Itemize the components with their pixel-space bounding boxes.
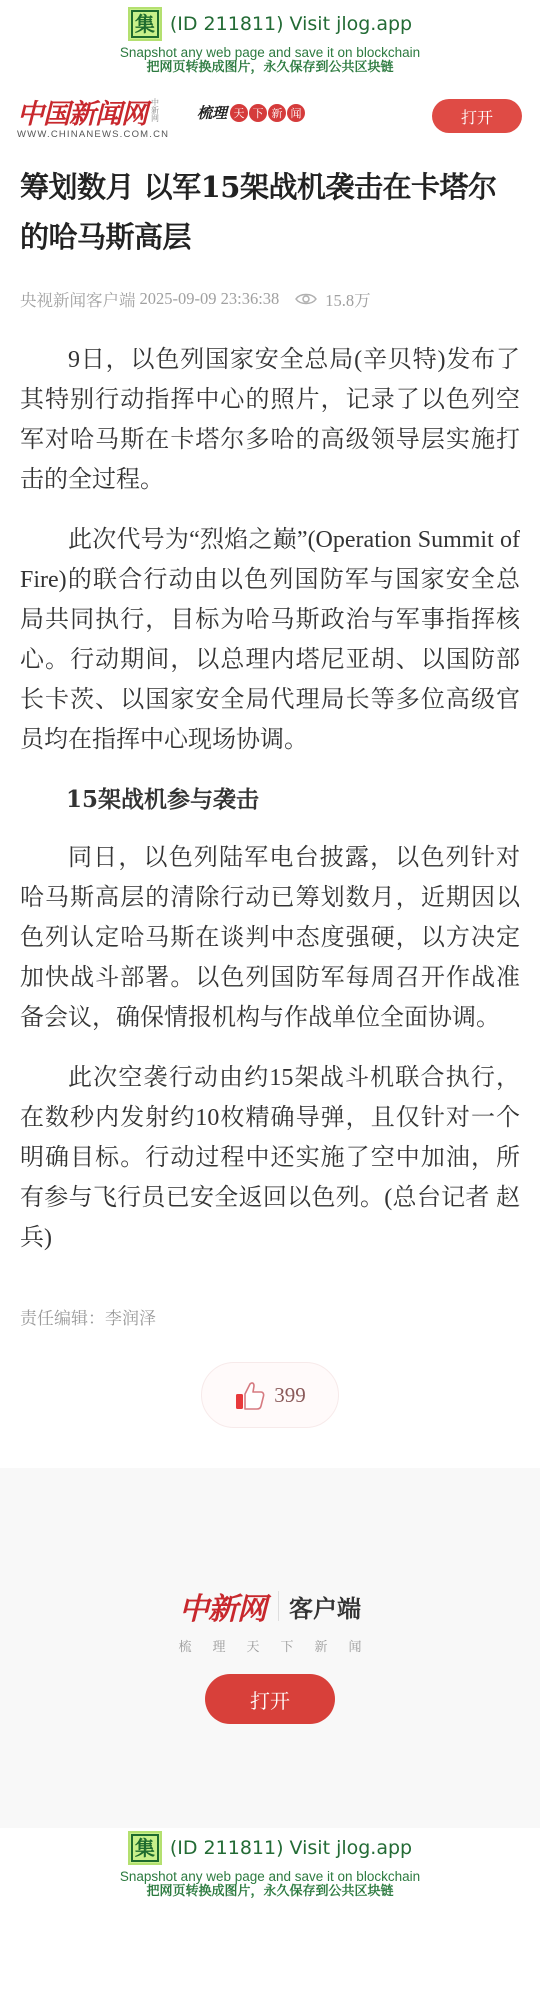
- logo-text: 中国新闻网: [17, 92, 147, 131]
- article: 筹划数月 以军15架战机袭击在卡塔尔的哈马斯高层 央视新闻客户端 2025-09…: [0, 162, 540, 1428]
- paragraph: 此次空袭行动由约15架战斗机联合执行，在数秒内发射约10枚精确导弹，且仅针对一个…: [20, 1058, 520, 1258]
- promo-slogan: 梳理天下新闻: [0, 1636, 540, 1655]
- jlog-badge-icon: 集: [128, 1831, 162, 1865]
- logo-vertical-text: 中 新 网: [151, 99, 159, 123]
- article-source: 央视新闻客户端: [20, 287, 136, 311]
- jlog-banner-bottom: 集 (ID 211811) Visit jlog.app Snapshot an…: [0, 1828, 540, 1906]
- jlog-subtitle-en: Snapshot any web page and save it on blo…: [0, 1869, 540, 1884]
- paragraph: 同日，以色列陆军电台披露，以色列针对哈马斯高层的清除行动已筹划数月，近期因以色列…: [20, 838, 520, 1038]
- chinanews-logo[interactable]: 中国新闻网 中 新 网 WWW.CHINANEWS.COM.CN: [17, 95, 169, 140]
- logo-url: WWW.CHINANEWS.COM.CN: [17, 129, 169, 140]
- eye-icon: [295, 292, 317, 306]
- promo-logo: 中新网 客户端: [0, 1584, 540, 1628]
- divider: [278, 1591, 279, 1621]
- view-count: 15.8万: [325, 287, 370, 311]
- like-button[interactable]: 399: [201, 1362, 339, 1428]
- app-promo: 中新网 客户端 梳理天下新闻 打开: [0, 1468, 540, 1828]
- jlog-badge-icon: 集: [128, 7, 162, 41]
- section-heading: 15架战机参与袭击: [20, 780, 520, 820]
- site-header: 中国新闻网 中 新 网 WWW.CHINANEWS.COM.CN 梳理 天 下 …: [0, 85, 540, 150]
- jlog-title[interactable]: (ID 211811) Visit jlog.app: [170, 1837, 412, 1859]
- article-title: 筹划数月 以军15架战机袭击在卡塔尔的哈马斯高层: [20, 162, 520, 262]
- article-datetime: 2025-09-09 23:36:38: [140, 289, 280, 309]
- article-body: 9日，以色列国家安全总局(辛贝特)发布了其特别行动指挥中心的照片，记录了以色列空…: [20, 340, 520, 1258]
- thumbs-up-icon: [234, 1379, 266, 1411]
- open-app-button-header[interactable]: 打开: [432, 99, 522, 133]
- like-count: 399: [274, 1383, 306, 1408]
- responsible-editor: 责任编辑：李润泽: [20, 1304, 520, 1334]
- paragraph: 9日，以色列国家安全总局(辛贝特)发布了其特别行动指挥中心的照片，记录了以色列空…: [20, 340, 520, 500]
- jlog-subtitle-cn: 把网页转换成图片，永久保存到公共区块链: [0, 1884, 540, 1899]
- article-meta: 央视新闻客户端 2025-09-09 23:36:38 15.8万: [20, 284, 520, 314]
- paragraph: 此次代号为“烈焰之巅”(Operation Summit of Fire)的联合…: [20, 520, 520, 760]
- jlog-title[interactable]: (ID 211811) Visit jlog.app: [170, 13, 412, 35]
- jlog-banner-top: 集 (ID 211811) Visit jlog.app Snapshot an…: [0, 0, 540, 85]
- jlog-subtitle-en: Snapshot any web page and save it on blo…: [0, 45, 540, 60]
- open-app-button-promo[interactable]: 打开: [205, 1674, 335, 1724]
- header-slogan: 梳理 天 下 新 闻: [197, 102, 305, 123]
- jlog-subtitle-cn: 把网页转换成图片，永久保存到公共区块链: [0, 60, 540, 75]
